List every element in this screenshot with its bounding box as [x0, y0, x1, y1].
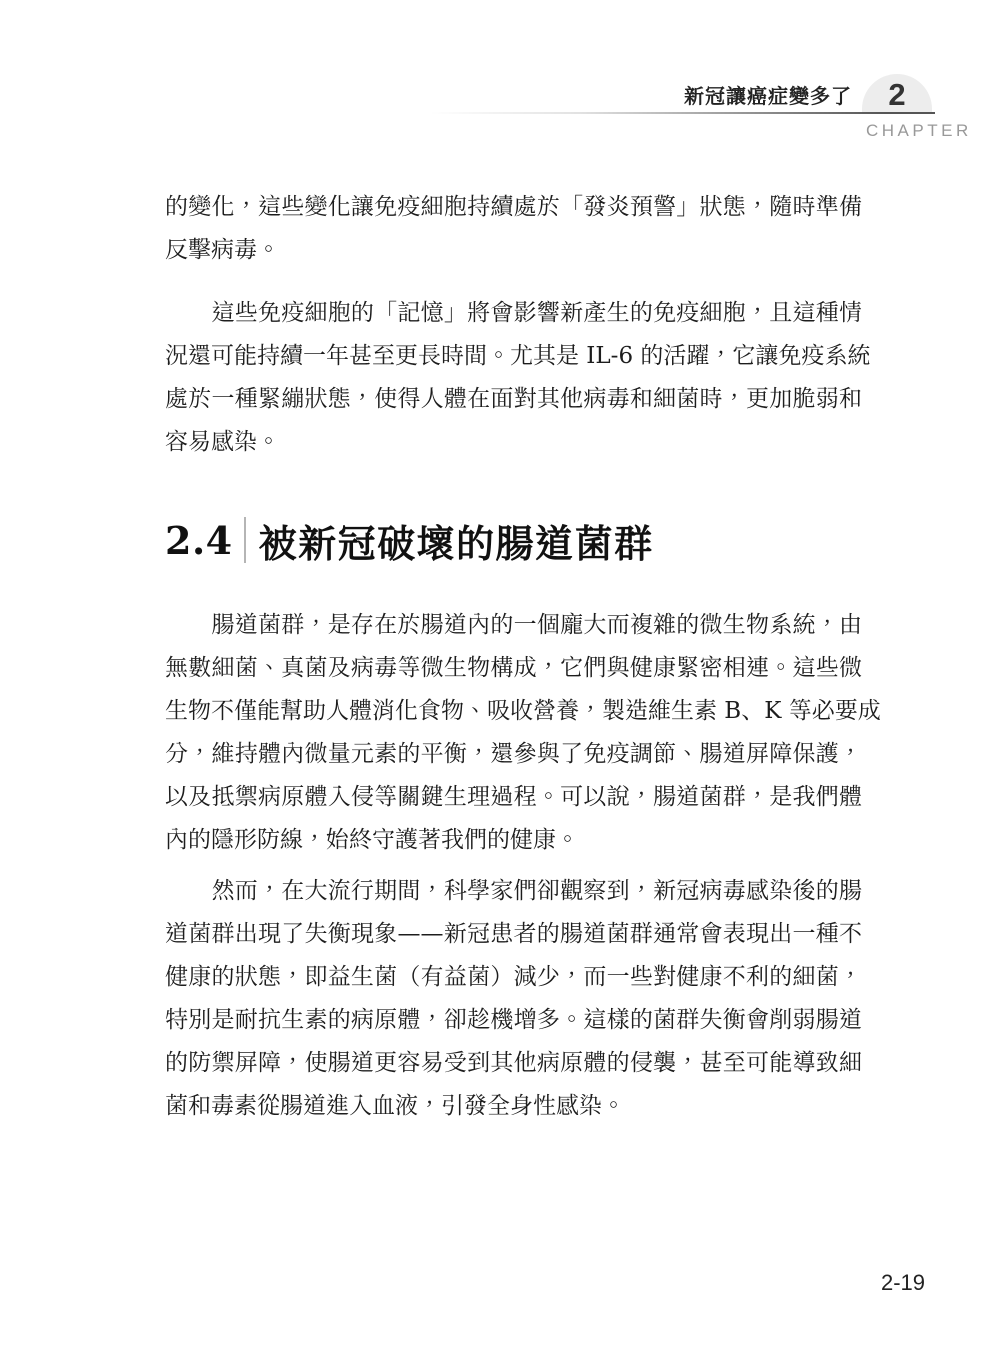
text-line: 無數細菌、真菌及病毒等微生物構成，它們與健康緊密相連。這些微: [165, 647, 862, 690]
text-line: 這些免疫細胞的「記憶」將會影響新產生的免疫細胞，且這種情: [165, 292, 862, 335]
page-content: 的變化，這些變化讓免疫細胞持續處於「發炎預警」狀態，隨時準備反擊病毒。 這些免疫…: [165, 186, 862, 1128]
text-line: 況還可能持續一年甚至更長時間。尤其是 IL-6 的活躍，它讓免疫系統: [165, 335, 862, 378]
book-page: 新冠讓癌症變多了 2 CHAPTER 的變化，這些變化讓免疫細胞持續處於「發炎預…: [0, 0, 1000, 1353]
text-line: 然而，在大流行期間，科學家們卻觀察到，新冠病毒感染後的腸: [165, 870, 862, 913]
text-line: 分，維持體內微量元素的平衡，還參與了免疫調節、腸道屏障保護，: [165, 733, 862, 776]
text-line: 處於一種緊繃狀態，使得人體在面對其他病毒和細菌時，更加脆弱和: [165, 378, 862, 421]
text-line: 道菌群出現了失衡現象——新冠患者的腸道菌群通常會表現出一種不: [165, 913, 862, 956]
text-line: 的防禦屏障，使腸道更容易受到其他病原體的侵襲，甚至可能導致細: [165, 1042, 862, 1085]
paragraph: 然而，在大流行期間，科學家們卻觀察到，新冠病毒感染後的腸道菌群出現了失衡現象——…: [165, 870, 862, 1128]
page-number: 2-19: [881, 1270, 925, 1296]
text-line: 健康的狀態，即益生菌（有益菌）減少，而一些對健康不利的細菌，: [165, 956, 862, 999]
text-line: 的變化，這些變化讓免疫細胞持續處於「發炎預警」狀態，隨時準備: [165, 186, 862, 229]
text-line: 容易感染。: [165, 421, 862, 464]
text-line: 以及抵禦病原體入侵等關鍵生理過程。可以說，腸道菌群，是我們體: [165, 776, 862, 819]
section-title: 被新冠破壞的腸道菌群: [259, 513, 654, 568]
paragraph: 腸道菌群，是存在於腸道內的一個龐大而複雜的微生物系統，由無數細菌、真菌及病毒等微…: [165, 604, 862, 862]
paragraph: 這些免疫細胞的「記憶」將會影響新產生的免疫細胞，且這種情況還可能持續一年甚至更長…: [165, 292, 862, 464]
chapter-label: CHAPTER: [866, 121, 972, 141]
section-number: 2.4: [165, 518, 233, 563]
text-line: 內的隱形防線，始終守護著我們的健康。: [165, 819, 862, 862]
section-heading: 2.4 被新冠破壞的腸道菌群: [165, 512, 862, 568]
text-line: 菌和毒素從腸道進入血液，引發全身性感染。: [165, 1085, 862, 1128]
header-rule-divider: [430, 112, 935, 114]
section-divider-bar: [244, 517, 246, 563]
text-line: 生物不僅能幫助人體消化食物、吸收營養，製造維生素 B、K 等必要成: [165, 690, 862, 733]
paragraph-continued: 的變化，這些變化讓免疫細胞持續處於「發炎預警」狀態，隨時準備反擊病毒。: [165, 186, 862, 272]
running-title: 新冠讓癌症變多了: [684, 80, 852, 109]
text-line: 腸道菌群，是存在於腸道內的一個龐大而複雜的微生物系統，由: [165, 604, 862, 647]
text-line: 特別是耐抗生素的病原體，卻趁機增多。這樣的菌群失衡會削弱腸道: [165, 999, 862, 1042]
chapter-number: 2: [862, 77, 932, 113]
text-line: 反擊病毒。: [165, 229, 862, 272]
